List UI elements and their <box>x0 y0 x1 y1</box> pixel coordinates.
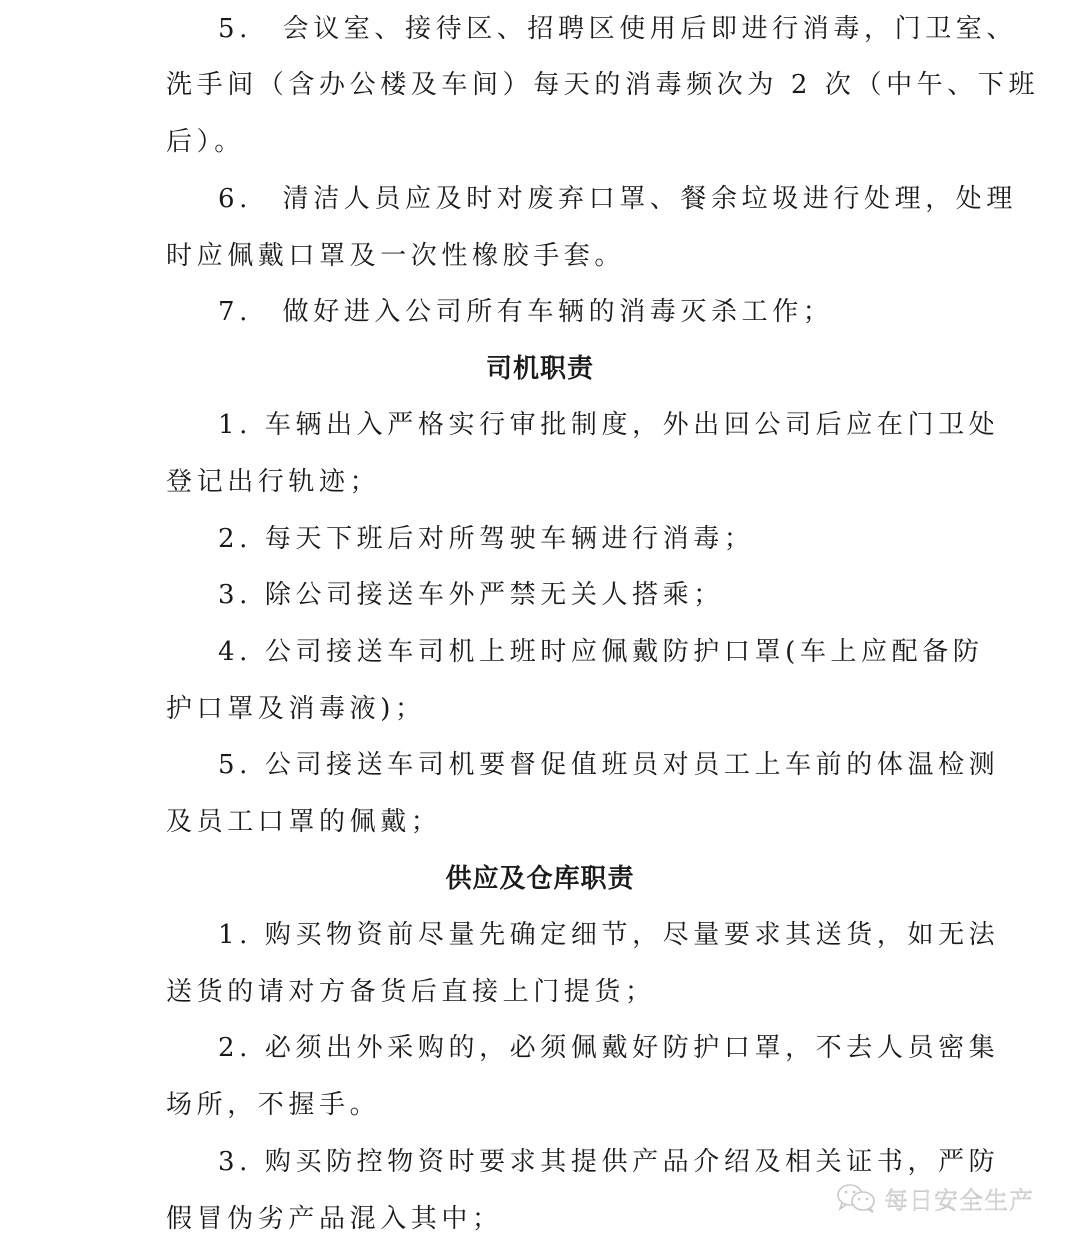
driver-item-4-line-2: 护口罩及消毒液)； <box>166 694 426 724</box>
driver-item-5-line-2: 及员工口罩的佩戴； <box>166 807 441 837</box>
item-5-line-2: 洗手间（含办公楼及车间）每天的消毒频次为 2 次（中午、下班 <box>166 70 1039 100</box>
supply-item-1-line-1: 1. 购买物资前尽量先确定细节，尽量要求其送货，如无法 <box>218 920 999 950</box>
supply-item-3-line-2: 假冒伪劣产品混入其中； <box>166 1204 503 1234</box>
item-6-line-2: 时应佩戴口罩及一次性橡胶手套。 <box>166 241 625 271</box>
supply-item-2-line-2: 场所，不握手。 <box>166 1090 380 1120</box>
item-5-line-1: 5. 会议室、接待区、招聘区使用后即进行消毒，门卫室、 <box>218 14 1017 44</box>
watermark: 每日安全生产 <box>836 1180 1034 1215</box>
driver-item-3-line-1: 3. 除公司接送车外严禁无关人搭乘； <box>218 580 724 610</box>
driver-item-2-line-1: 2. 每天下班后对所驾驶车辆进行消毒； <box>218 524 754 554</box>
supply-item-2-line-1: 2. 必须出外采购的，必须佩戴好防护口罩，不去人员密集 <box>218 1033 999 1063</box>
wechat-icon <box>836 1183 878 1213</box>
driver-item-1-line-2: 登记出行轨迹； <box>166 467 380 497</box>
driver-item-5-line-1: 5. 公司接送车司机要督促值班员对员工上车前的体温检测 <box>218 750 999 780</box>
item-5-line-3: 后）。 <box>166 127 245 157</box>
item-6-line-1: 6. 清洁人员应及时对废弃口罩、餐余垃圾进行处理，处理 <box>218 184 1017 214</box>
driver-item-4-line-1: 4. 公司接送车司机上班时应佩戴防护口罩(车上应配备防 <box>218 637 983 667</box>
document-page: 5. 会议室、接待区、招聘区使用后即进行消毒，门卫室、 洗手间（含办公楼及车间）… <box>0 0 1080 1245</box>
section-heading-supply-warehouse: 供应及仓库职责 <box>0 864 1080 894</box>
supply-item-3-line-1: 3. 购买防控物资时要求其提供产品介绍及相关证书，严防 <box>218 1147 999 1177</box>
supply-item-1-line-2: 送货的请对方备货后直接上门提货； <box>166 977 656 1007</box>
watermark-text: 每日安全生产 <box>884 1180 1034 1215</box>
item-7-line-1: 7. 做好进入公司所有车辆的消毒灭杀工作； <box>218 297 833 327</box>
driver-item-1-line-1: 1. 车辆出入严格实行审批制度，外出回公司后应在门卫处 <box>218 410 999 440</box>
section-heading-driver-duties: 司机职责 <box>0 354 1080 384</box>
